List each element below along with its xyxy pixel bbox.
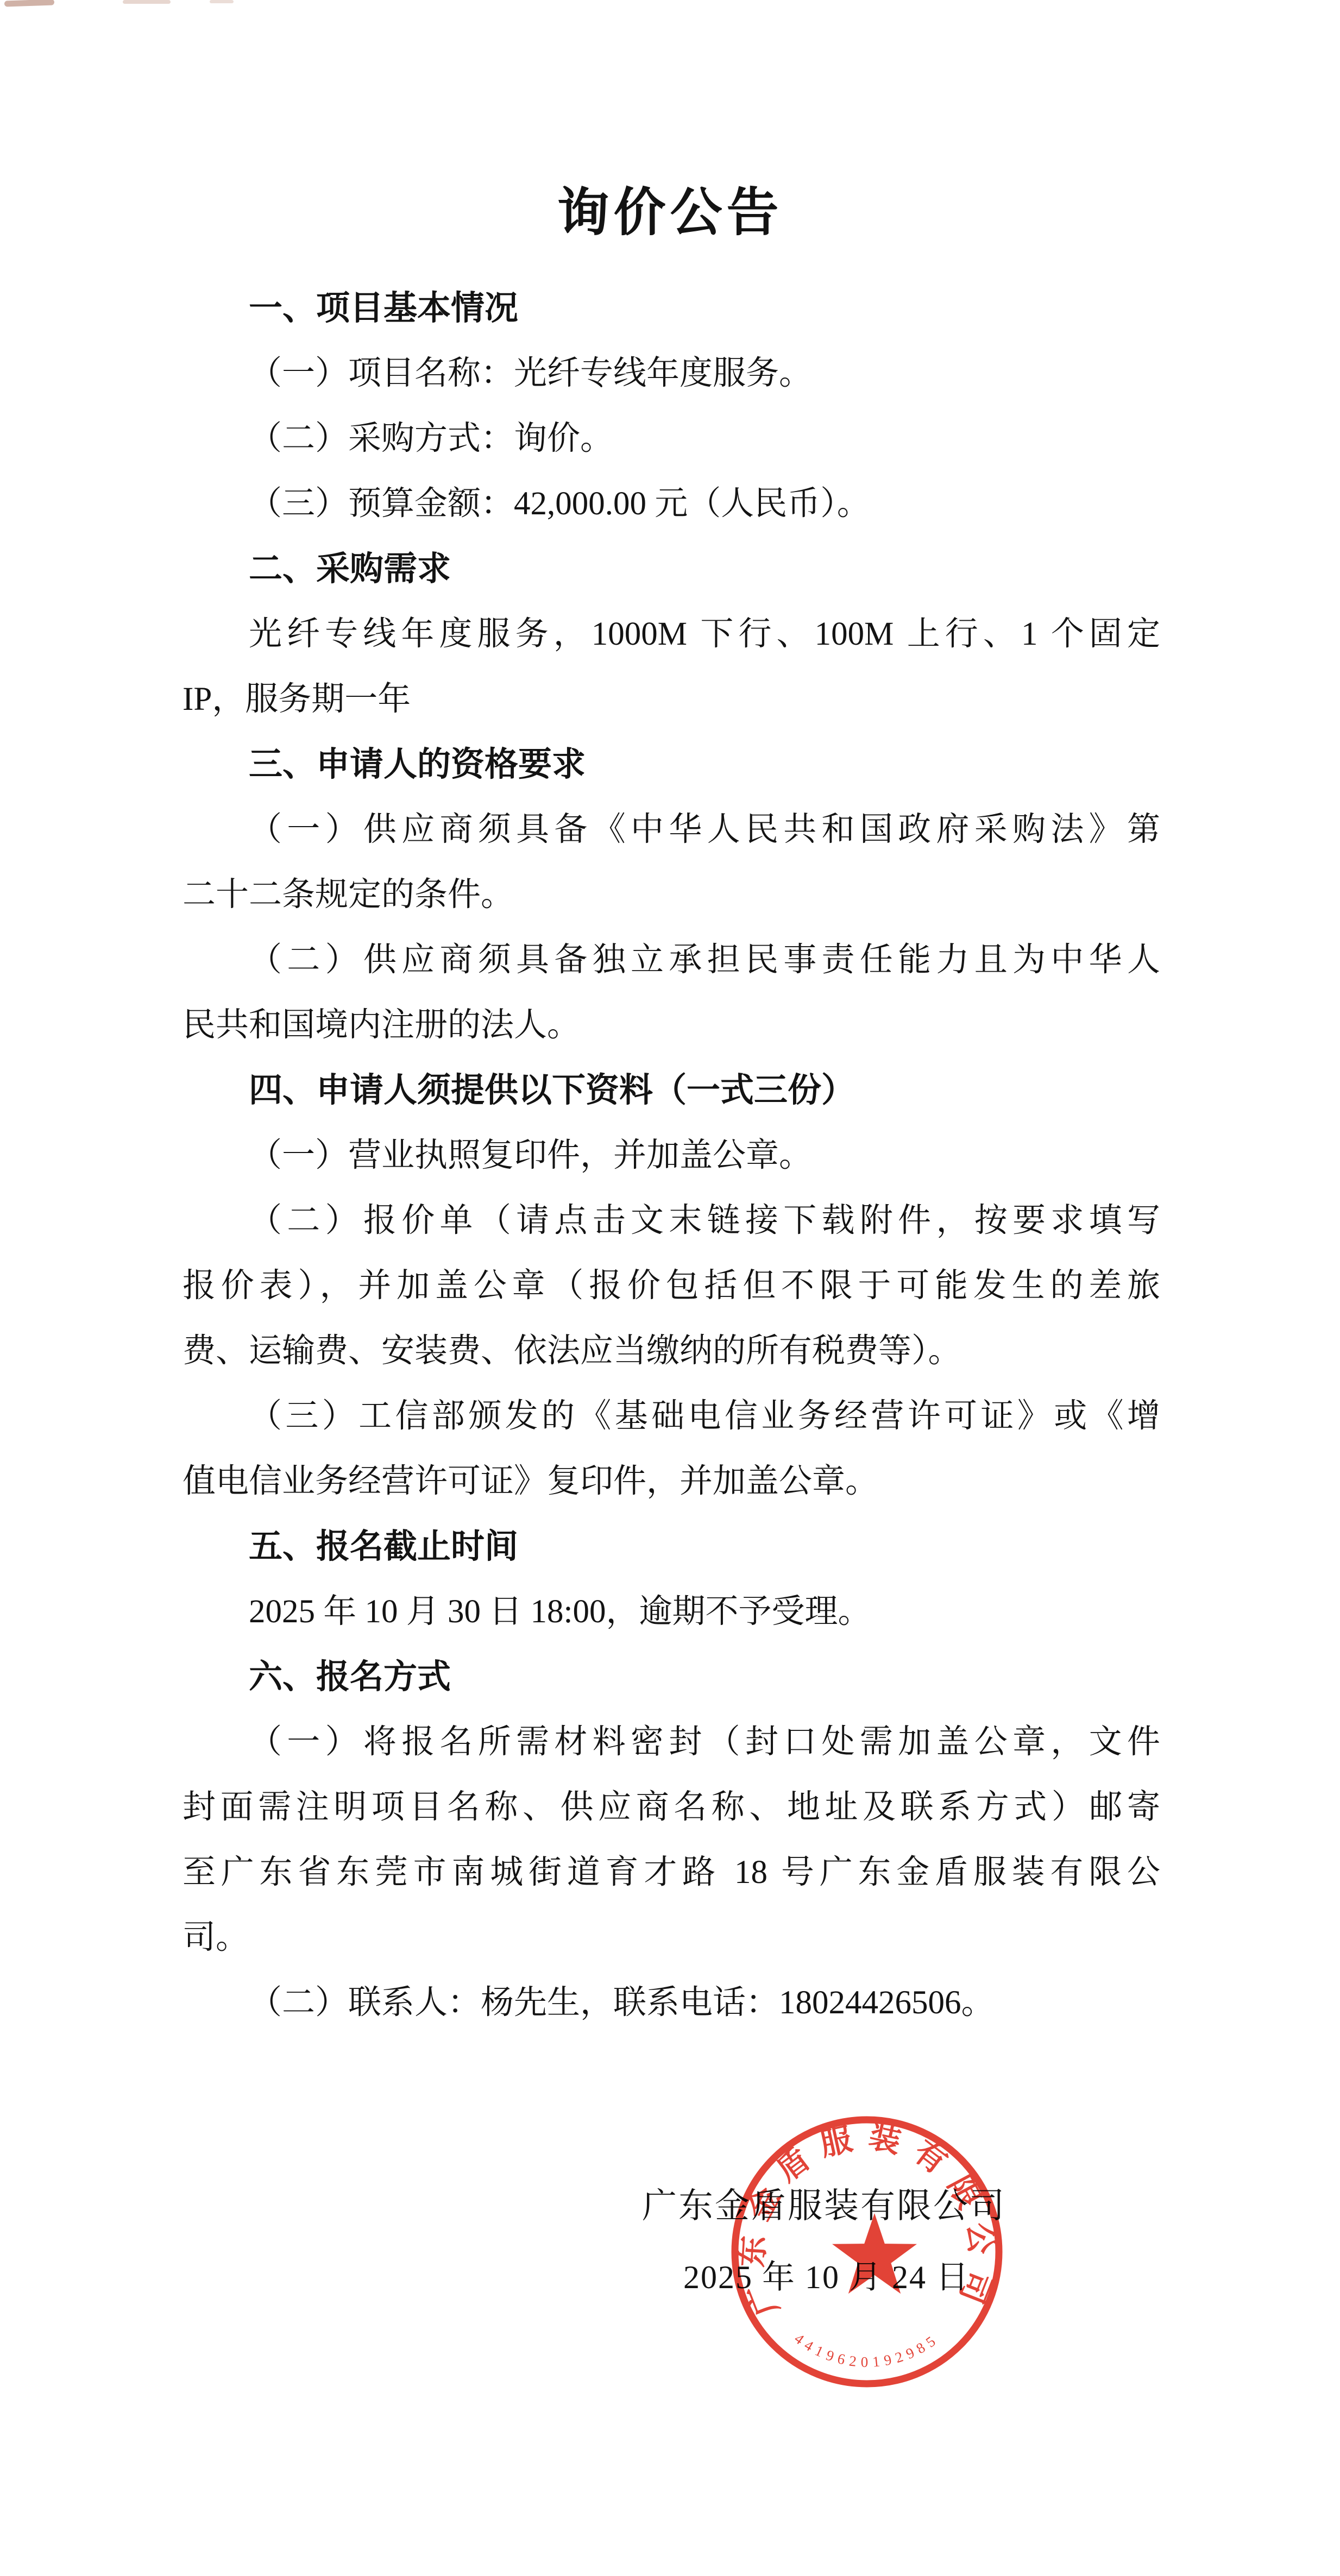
body-line: （一）营业执照复印件，并加盖公章。 [183,1123,1160,1188]
body-line: （二）采购方式：询价。 [183,406,1160,471]
body-line: 封面需注明项目名称、供应商名称、地址及联系方式）邮寄 [183,1775,1160,1840]
body-line: 费、运输费、安装费、依法应当缴纳的所有税费等）。 [183,1319,1160,1384]
body-line: 二十二条规定的条件。 [183,862,1160,928]
body-line: 三、申请人的资格要求 [183,732,1160,797]
body-line: 报价表），并加盖公章（报价包括但不限于可能发生的差旅 [183,1254,1160,1319]
body-line: 一、项目基本情况 [183,276,1160,341]
body-line: 至广东省东莞市南城街道育才路 18 号广东金盾服装有限公 [183,1840,1160,1905]
body-line: IP，服务期一年 [183,667,1160,732]
body-line: 六、报名方式 [183,1645,1160,1710]
body-line: （三）预算金额：42,000.00 元（人民币）。 [183,471,1160,537]
scan-artifact [210,0,234,3]
body-line: （二）报价单（请点击文末链接下载附件，按要求填写 [183,1188,1160,1254]
body-line: （二）供应商须具备独立承担民事责任能力且为中华人 [183,928,1160,993]
body-line: 民共和国境内注册的法人。 [183,993,1160,1058]
page-title: 询价公告 [0,185,1340,241]
scan-artifact [4,0,54,7]
body-line: 2025 年 10 月 30 日 18:00，逾期不予受理。 [183,1579,1160,1645]
body-line: 二、采购需求 [183,537,1160,602]
body-line: （二）联系人：杨先生，联系电话：18024426506。 [183,1970,1160,2036]
body-line: （三）工信部颁发的《基础电信业务经营许可证》或《增 [183,1384,1160,1449]
document-body: 一、项目基本情况 （一）项目名称：光纤专线年度服务。 （二）采购方式：询价。 （… [183,276,1160,2036]
body-line: 司。 [183,1905,1160,1970]
body-line: （一）供应商须具备《中华人民共和国政府采购法》第 [183,797,1160,862]
star-icon [832,2213,917,2294]
body-line: （一）项目名称：光纤专线年度服务。 [183,341,1160,406]
body-line: 光纤专线年度服务，1000M 下行、100M 上行、1 个固定 [183,602,1160,667]
body-line: 四、申请人须提供以下资料（一式三份） [183,1058,1160,1123]
body-line: 五、报名截止时间 [183,1514,1160,1579]
body-line: 值电信业务经营许可证》复印件，并加盖公章。 [183,1449,1160,1514]
company-seal: 广东金盾服装有限公司 4419620192985 [715,2100,1019,2404]
scan-artifact [123,0,171,4]
page-title-text: 询价公告 [557,184,783,242]
document-page: 询价公告 一、项目基本情况 （一）项目名称：光纤专线年度服务。 （二）采购方式：… [0,0,1340,2576]
seal-arc-text: 广东金盾服装有限公司 [734,2119,999,2320]
body-line: （一）将报名所需材料密封（封口处需加盖公章，文件 [183,1710,1160,1775]
seal-serial-number: 4419620192985 [791,2330,942,2370]
